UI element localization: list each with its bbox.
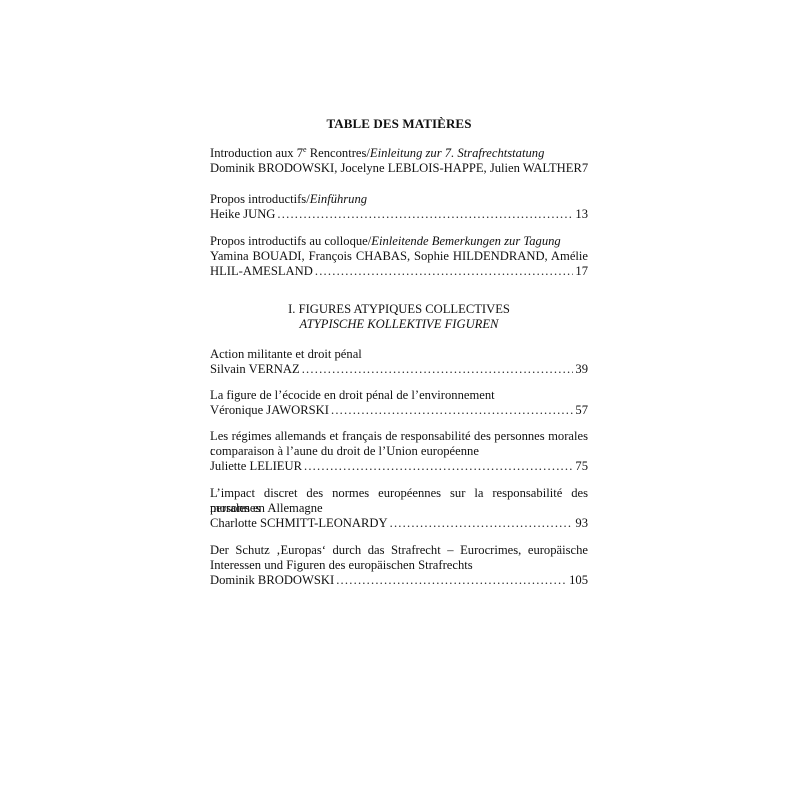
entry-title: Propos introductifs au colloque/Einleite…: [210, 234, 588, 249]
entry-author-line: HLIL-AMESLAND 17: [210, 264, 588, 279]
section-heading: I. FIGURES ATYPIQUES COLLECTIVES ATYPISC…: [210, 302, 588, 332]
leader-dots: [331, 403, 573, 418]
entry-title: L’impact discret des normes européennes …: [210, 486, 588, 501]
entry-page-number: 39: [575, 362, 588, 377]
entry-authors: Véronique JAWORSKI: [210, 403, 329, 418]
entry-page-number: 105: [569, 573, 588, 588]
entry-page-number: 17: [575, 264, 588, 279]
entry-page-number: 75: [575, 459, 588, 474]
toc-entry-colloque[interactable]: Propos introductifs au colloque/Einleite…: [210, 234, 588, 279]
entry-page-number: 13: [575, 207, 588, 222]
leader-dots: [277, 207, 573, 222]
entry-author-line: Charlotte SCHMITT-LEONARDY 93: [210, 516, 588, 531]
toc-title: TABLE DES MATIÈRES: [210, 116, 588, 132]
section-heading-fr: I. FIGURES ATYPIQUES COLLECTIVES: [210, 302, 588, 317]
entry-authors: Silvain VERNAZ: [210, 362, 300, 377]
entry-authors: Yamina BOUADI, François CHABAS, Sophie H…: [210, 249, 588, 264]
toc-entry[interactable]: Les régimes allemands et français de res…: [210, 429, 588, 474]
entry-title: Der Schutz ‚Europas‘ durch das Strafrech…: [210, 543, 588, 558]
entry-title: Introduction aux 7e Rencontres/Einleitun…: [210, 146, 588, 161]
entry-title: Action militante et droit pénal: [210, 347, 588, 362]
entry-title: La figure de l’écocide en droit pénal de…: [210, 388, 588, 403]
entry-authors-cont: HLIL-AMESLAND: [210, 264, 313, 279]
entry-title-cont: morales en Allemagne: [210, 501, 588, 516]
leader-dots: [390, 516, 574, 531]
leader-dots: [302, 362, 574, 377]
entry-authors: Dominik BRODOWSKI: [210, 573, 334, 588]
entry-title: Propos introductifs/Einführung: [210, 192, 588, 207]
toc-entry-introduction[interactable]: Introduction aux 7e Rencontres/Einleitun…: [210, 146, 588, 176]
entry-author-line: Silvain VERNAZ 39: [210, 362, 588, 377]
leader-dots: [304, 459, 573, 474]
entry-authors: Juliette LELIEUR: [210, 459, 302, 474]
entry-authors: Heike JUNG: [210, 207, 275, 222]
entry-authors: Charlotte SCHMITT-LEONARDY: [210, 516, 388, 531]
toc-entry[interactable]: Der Schutz ‚Europas‘ durch das Strafrech…: [210, 543, 588, 588]
toc-entry[interactable]: Action militante et droit pénal Silvain …: [210, 347, 588, 377]
toc-entry[interactable]: L’impact discret des normes européennes …: [210, 486, 588, 531]
entry-author-line: Véronique JAWORSKI 57: [210, 403, 588, 418]
entry-title-cont: comparaison à l’aune du droit de l’Union…: [210, 444, 588, 459]
entry-page-number: 93: [575, 516, 588, 531]
toc-entry[interactable]: La figure de l’écocide en droit pénal de…: [210, 388, 588, 418]
entry-page-number: 7: [582, 161, 588, 176]
entry-title: Les régimes allemands et français de res…: [210, 429, 588, 444]
entry-author-line: Dominik BRODOWSKI, Jocelyne LEBLOIS-HAPP…: [210, 161, 588, 176]
toc-entry-einfuehrung[interactable]: Propos introductifs/Einführung Heike JUN…: [210, 192, 588, 222]
entry-title-cont: Interessen und Figuren des europäischen …: [210, 558, 588, 573]
leader-dots: [315, 264, 574, 279]
section-heading-de: ATYPISCHE KOLLEKTIVE FIGUREN: [210, 317, 588, 332]
entry-page-number: 57: [575, 403, 588, 418]
entry-authors: Dominik BRODOWSKI, Jocelyne LEBLOIS-HAPP…: [210, 161, 582, 176]
entry-author-line: Dominik BRODOWSKI 105: [210, 573, 588, 588]
leader-dots: [336, 573, 567, 588]
entry-author-line: Juliette LELIEUR 75: [210, 459, 588, 474]
entry-author-line: Heike JUNG 13: [210, 207, 588, 222]
